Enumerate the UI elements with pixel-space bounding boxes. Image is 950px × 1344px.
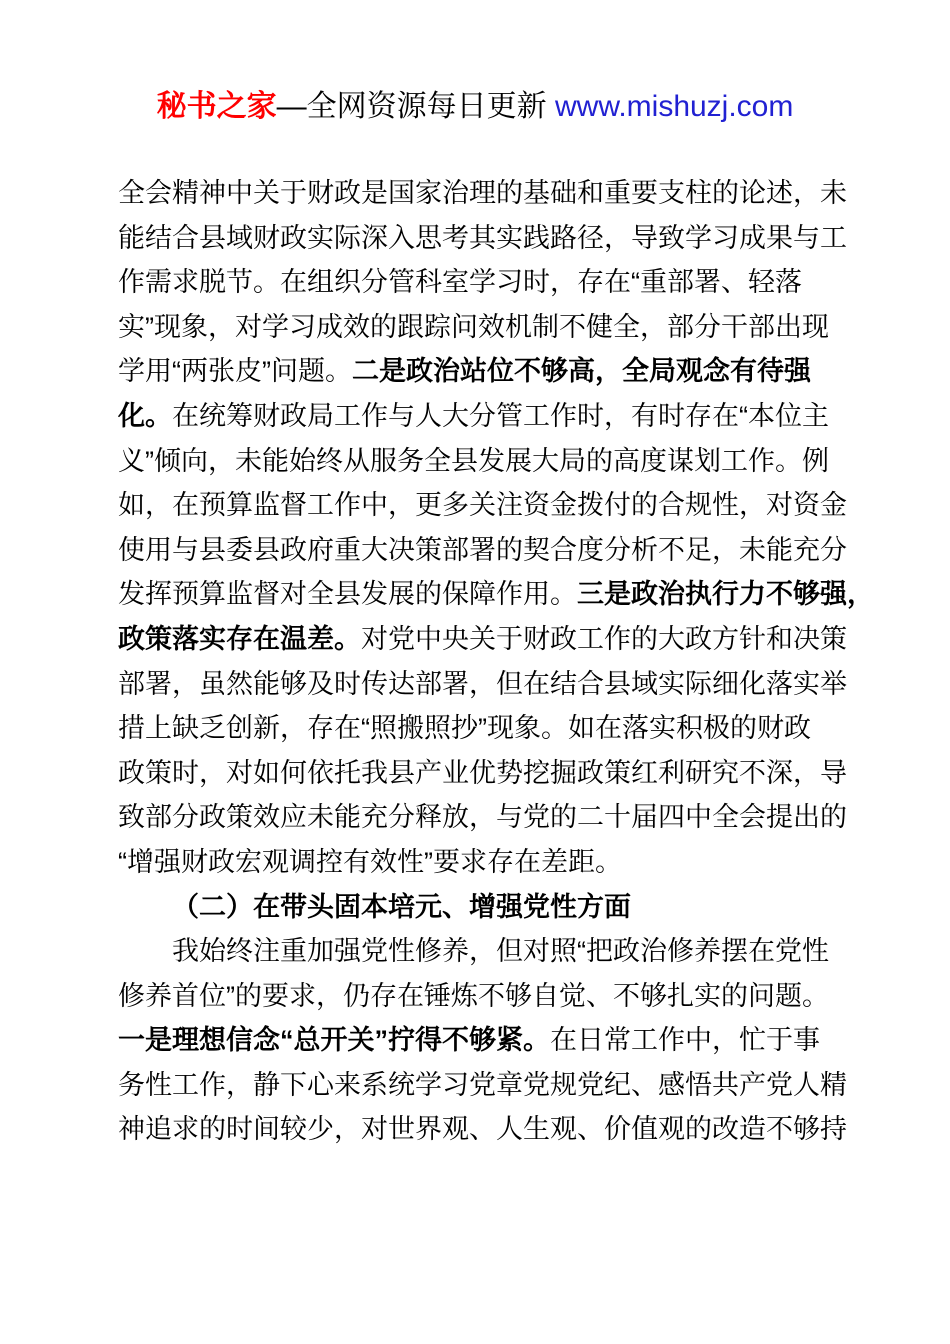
text-line: “增强财政宏观调控有效性”要求存在差距。 — [118, 840, 898, 885]
text-segment: 学用“两张皮”问题。 — [118, 356, 352, 386]
text-line: 政策落实存在温差。对党中央关于财政工作的大政方针和决策 — [118, 617, 898, 662]
text-segment: 使用与县委县政府重大决策部署的契合度分析不足，未能充分 — [118, 535, 847, 565]
paragraph-body: 我始终注重加强党性修养，但对照“把政治修养摆在党性修养首位”的要求，仍存在锤炼不… — [118, 929, 898, 1152]
text-line: 全会精神中关于财政是国家治理的基础和重要支柱的论述，未 — [118, 171, 898, 216]
text-line: 使用与县委县政府重大决策部署的契合度分析不足，未能充分 — [118, 528, 898, 573]
text-segment: 如，在预算监督工作中，更多关注资金拨付的合规性，对资金 — [118, 490, 847, 520]
text-segment: 实”现象，对学习成效的跟踪问效机制不健全，部分干部出现 — [118, 312, 829, 342]
text-line: 实”现象，对学习成效的跟踪问效机制不健全，部分干部出现 — [118, 305, 898, 350]
paragraph-continued: 全会精神中关于财政是国家治理的基础和重要支柱的论述，未能结合县域财政实际深入思考… — [118, 171, 898, 885]
text-line: 致部分政策效应未能充分释放，与党的二十届四中全会提出的 — [118, 795, 898, 840]
text-segment: 修养首位”的要求，仍存在锤炼不够自觉、不够扎实的问题。 — [118, 981, 829, 1011]
text-segment: 我始终注重加强党性修养，但对照“把政治修养摆在党性 — [172, 936, 829, 966]
text-segment: 全会精神中关于财政是国家治理的基础和重要支柱的论述，未 — [118, 178, 847, 208]
text-line: 化。在统筹财政局工作与人大分管工作时，有时存在“本位主 — [118, 394, 898, 439]
text-line: 能结合县域财政实际深入思考其实践路径，导致学习成果与工 — [118, 216, 898, 261]
text-line: 一是理想信念“总开关”拧得不够紧。在日常工作中，忙于事 — [118, 1018, 898, 1063]
text-line: 作需求脱节。在组织分管科室学习时，存在“重部署、轻落 — [118, 260, 898, 305]
text-segment: 务性工作，静下心来系统学习党章党规党纪、感悟共产党人精 — [118, 1070, 847, 1100]
bold-text-segment: 三是政治执行力不够强， — [577, 579, 874, 609]
text-segment: 在统筹财政局工作与人大分管工作时，有时存在“本位主 — [172, 401, 829, 431]
text-line: 务性工作，静下心来系统学习党章党规党纪、感悟共产党人精 — [118, 1063, 898, 1108]
text-segment: 在日常工作中，忙于事 — [550, 1025, 820, 1055]
text-line: 神追求的时间较少，对世界观、人生观、价值观的改造不够持 — [118, 1107, 898, 1152]
text-line: 修养首位”的要求，仍存在锤炼不够自觉、不够扎实的问题。 — [118, 974, 898, 1019]
text-line: 部署，虽然能够及时传达部署，但在结合县域实际细化落实举 — [118, 662, 898, 707]
text-segment: 部署，虽然能够及时传达部署，但在结合县域实际细化落实举 — [118, 669, 847, 699]
text-line: 义”倾向，未能始终从服务全县发展大局的高度谋划工作。例 — [118, 439, 898, 484]
site-url-link[interactable]: www.mishuzj.com — [555, 90, 793, 123]
site-tagline: —全网资源每日更新 — [277, 90, 555, 123]
text-segment: 措上缺乏创新，存在“照搬照抄”现象。如在落实积极的财政 — [118, 713, 811, 743]
document-body: 全会精神中关于财政是国家治理的基础和重要支柱的论述，未能结合县域财政实际深入思考… — [118, 171, 898, 1152]
text-segment: 致部分政策效应未能充分释放，与党的二十届四中全会提出的 — [118, 802, 847, 832]
section-heading: （二）在带头固本培元、增强党性方面 — [118, 885, 898, 930]
text-line: 发挥预算监督对全县发展的保障作用。三是政治执行力不够强， — [118, 572, 898, 617]
text-segment: 发挥预算监督对全县发展的保障作用。 — [118, 579, 577, 609]
bold-text-segment: 二是政治站位不够高，全局观念有待强 — [352, 356, 811, 386]
text-segment: 对党中央关于财政工作的大政方针和决策 — [361, 624, 847, 654]
bold-text-segment: 政策落实存在温差。 — [118, 624, 361, 654]
text-segment: 作需求脱节。在组织分管科室学习时，存在“重部署、轻落 — [118, 267, 802, 297]
site-name: 秘书之家 — [157, 90, 277, 123]
text-line: （二）在带头固本培元、增强党性方面 — [118, 885, 898, 930]
text-segment: 义”倾向，未能始终从服务全县发展大局的高度谋划工作。例 — [118, 446, 829, 476]
bold-text-segment: （二）在带头固本培元、增强党性方面 — [172, 892, 631, 922]
text-segment: “增强财政宏观调控有效性”要求存在差距。 — [118, 847, 622, 877]
page-header: 秘书之家—全网资源每日更新 www.mishuzj.com — [0, 86, 950, 128]
text-segment: 政策时，对如何依托我县产业优势挖掘政策红利研究不深，导 — [118, 758, 847, 788]
text-line: 措上缺乏创新，存在“照搬照抄”现象。如在落实积极的财政 — [118, 706, 898, 751]
bold-text-segment: 一是理想信念“总开关”拧得不够紧。 — [118, 1025, 550, 1055]
text-line: 学用“两张皮”问题。二是政治站位不够高，全局观念有待强 — [118, 349, 898, 394]
text-segment: 能结合县域财政实际深入思考其实践路径，导致学习成果与工 — [118, 223, 847, 253]
text-line: 政策时，对如何依托我县产业优势挖掘政策红利研究不深，导 — [118, 751, 898, 796]
text-line: 我始终注重加强党性修养，但对照“把政治修养摆在党性 — [118, 929, 898, 974]
text-line: 如，在预算监督工作中，更多关注资金拨付的合规性，对资金 — [118, 483, 898, 528]
text-segment: 神追求的时间较少，对世界观、人生观、价值观的改造不够持 — [118, 1114, 847, 1144]
bold-text-segment: 化。 — [118, 401, 172, 431]
